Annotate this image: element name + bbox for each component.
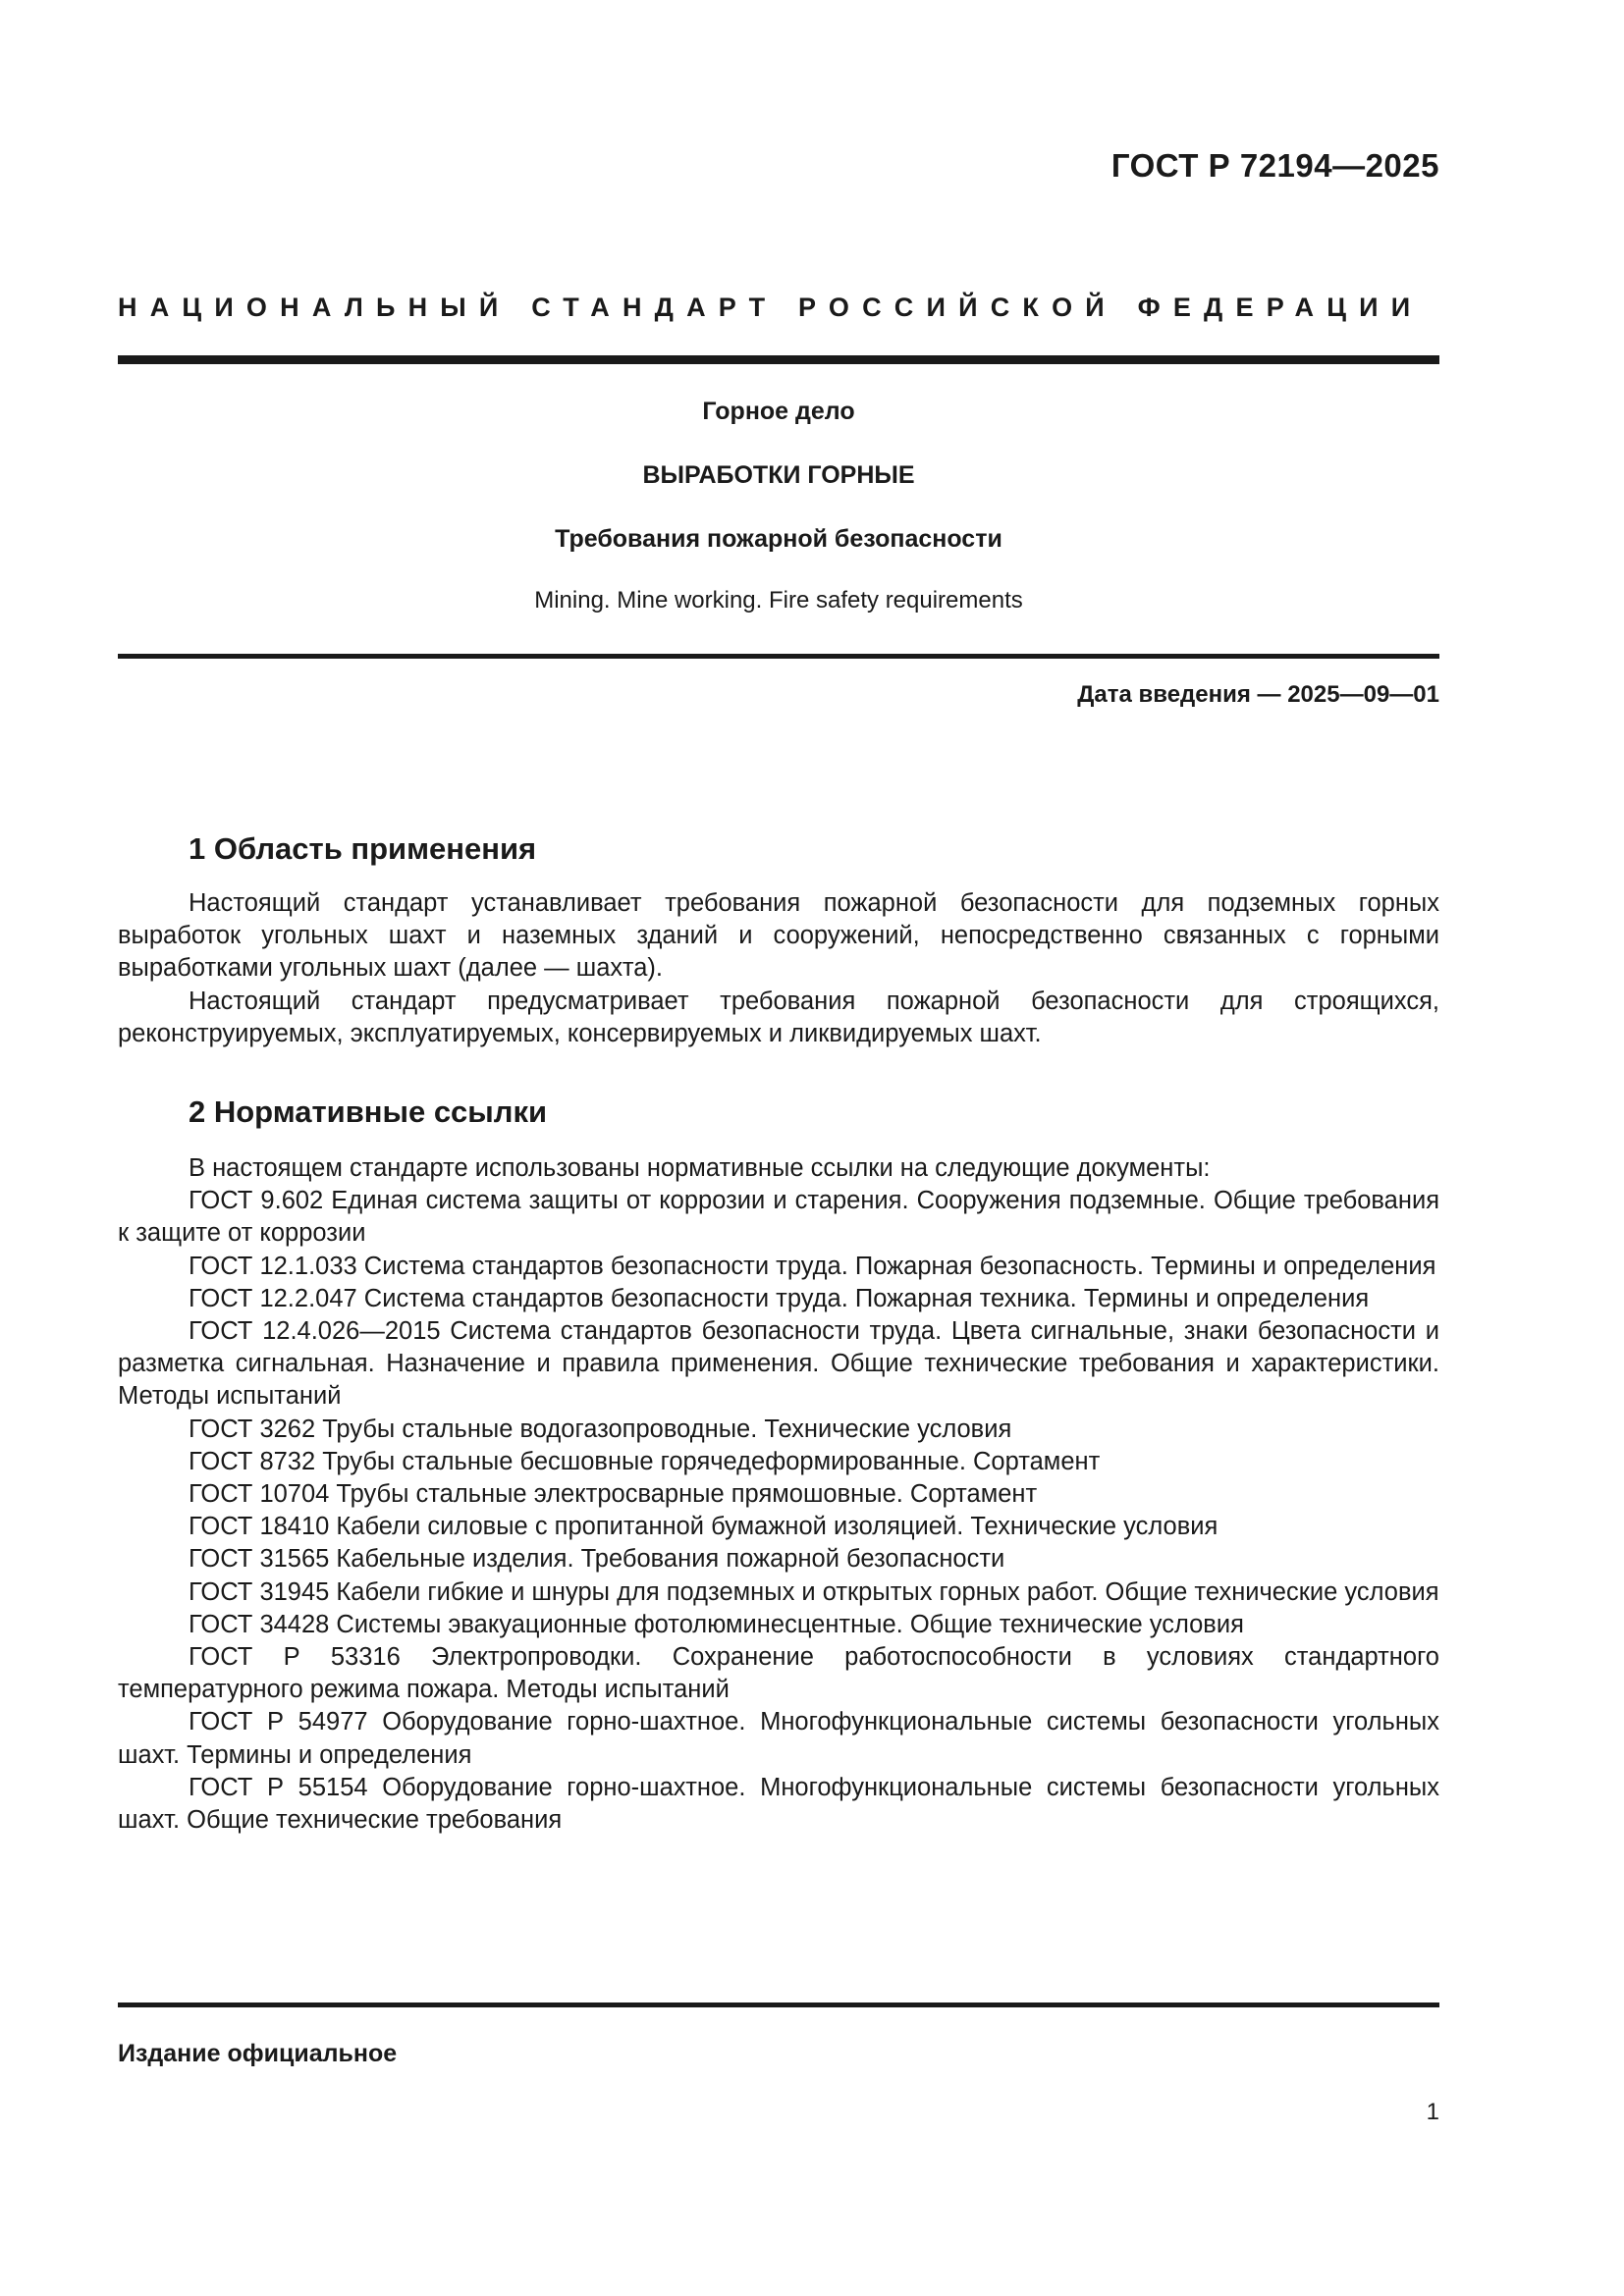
section-body-scope: Настоящий стандарт устанавливает требова… <box>118 887 1439 1050</box>
official-edition-label: Издание официальное <box>118 2040 397 2068</box>
reference-item: ГОСТ 3262 Трубы стальные водогазопроводн… <box>118 1414 1439 1446</box>
reference-item: ГОСТ 9.602 Единая система защиты от корр… <box>118 1185 1439 1250</box>
national-standard-banner: НАЦИОНАЛЬНЫЙ СТАНДАРТ РОССИЙСКОЙ ФЕДЕРАЦ… <box>118 293 1439 323</box>
reference-item: ГОСТ 12.2.047 Система стандартов безопас… <box>118 1283 1439 1315</box>
reference-item: ГОСТ Р 55154 Оборудование горно-шахтное.… <box>118 1772 1439 1837</box>
section-heading-scope: 1 Область применения <box>189 831 536 867</box>
page-number: 1 <box>1427 2099 1439 2126</box>
reference-item: ГОСТ 10704 Трубы стальные электросварные… <box>118 1478 1439 1511</box>
english-title: Mining. Mine working. Fire safety requir… <box>118 587 1439 614</box>
reference-item: ГОСТ 8732 Трубы стальные бесшовные горяч… <box>118 1446 1439 1478</box>
paragraph: Настоящий стандарт устанавливает требова… <box>118 887 1439 986</box>
reference-item: ГОСТ Р 54977 Оборудование горно-шахтное.… <box>118 1706 1439 1771</box>
header-divider <box>118 355 1439 364</box>
section-heading-normative-references: 2 Нормативные ссылки <box>189 1095 547 1130</box>
title-divider <box>118 654 1439 659</box>
reference-item: ГОСТ 31565 Кабельные изделия. Требования… <box>118 1543 1439 1575</box>
reference-item: ГОСТ 18410 Кабели силовые с пропитанной … <box>118 1511 1439 1543</box>
reference-item: ГОСТ Р 53316 Электропроводки. Сохранение… <box>118 1641 1439 1706</box>
reference-item: ГОСТ 12.4.026—2015 Система стандартов бе… <box>118 1315 1439 1414</box>
reference-item: ГОСТ 34428 Системы эвакуационные фотолюм… <box>118 1609 1439 1641</box>
reference-item: ГОСТ 31945 Кабели гибкие и шнуры для под… <box>118 1576 1439 1609</box>
paragraph: Настоящий стандарт предусматривает требо… <box>118 986 1439 1050</box>
section-body-normative-references: В настоящем стандарте использованы норма… <box>118 1152 1439 1837</box>
paragraph: В настоящем стандарте использованы норма… <box>118 1152 1439 1185</box>
introduction-date: Дата введения — 2025—09—01 <box>1077 681 1439 709</box>
footer-divider <box>118 2002 1439 2007</box>
document-code: ГОСТ Р 72194—2025 <box>1111 147 1439 185</box>
document-subtitle: Требования пожарной безопасности <box>118 525 1439 554</box>
reference-item: ГОСТ 12.1.033 Система стандартов безопас… <box>118 1251 1439 1283</box>
document-title: ВЫРАБОТКИ ГОРНЫЕ <box>118 461 1439 490</box>
subject-area: Горное дело <box>118 398 1439 426</box>
